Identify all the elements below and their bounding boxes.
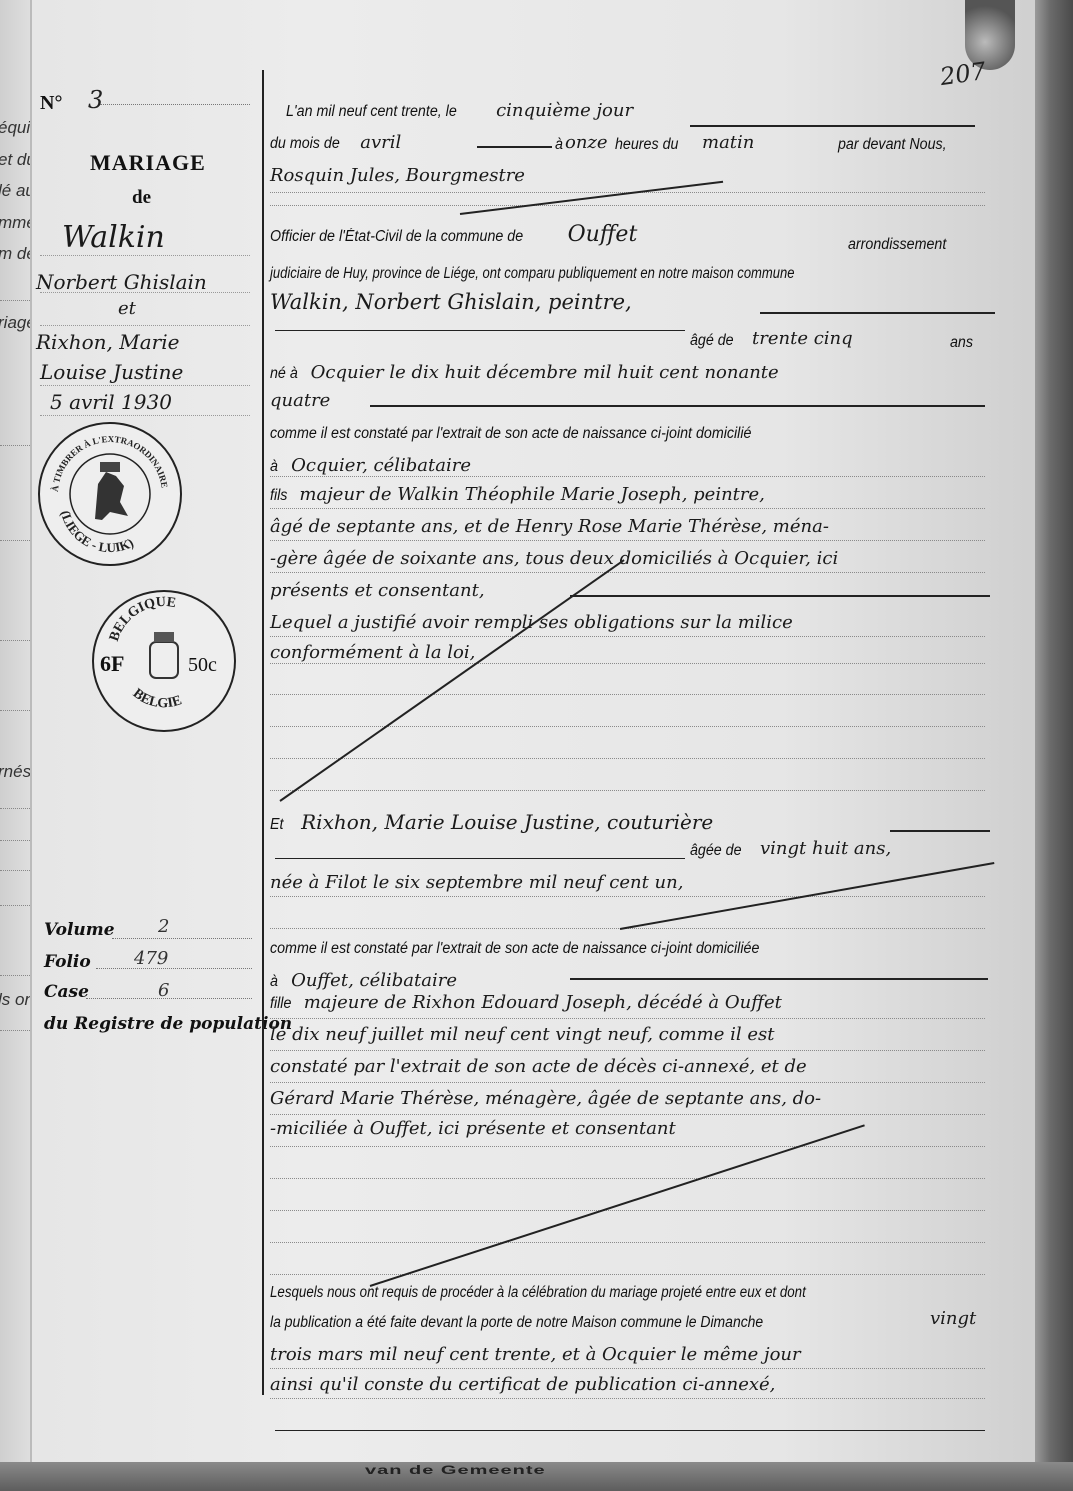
- printed-text: du mois de: [270, 135, 340, 153]
- margin-et: et: [118, 298, 136, 319]
- handwritten-text: quatre: [270, 390, 330, 411]
- handwritten-hour: onze: [565, 132, 608, 153]
- case-label: Case: [44, 982, 89, 1002]
- printed-text: âgée de: [690, 842, 742, 860]
- facing-page-fragment: riage.: [0, 313, 32, 333]
- register-footer-label: du Registre de population: [44, 1014, 292, 1034]
- folio-value: 479: [134, 948, 168, 969]
- handwritten-text: -miciliée à Ouffet, ici présente et cons…: [270, 1118, 676, 1139]
- margin-bride-name: Rixhon, Marie: [36, 330, 179, 354]
- printed-text: à: [270, 458, 278, 476]
- handwritten-domicile: Ouffet, célibataire: [291, 970, 457, 991]
- folio-label: Folio: [44, 952, 91, 972]
- handwritten-mother: Gérard Marie Thérèse, ménagère, âgée de …: [270, 1088, 821, 1109]
- mariage-de: de: [132, 187, 151, 209]
- tax-stamp: BELGIQUE BELGIE 6F 50c: [92, 590, 236, 732]
- svg-text:6F: 6F: [100, 651, 124, 676]
- handwritten-age: vingt huit ans,: [760, 838, 891, 859]
- margin-bride-given: Louise Justine: [40, 360, 183, 384]
- handwritten-text: -gère âgée de soixante ans, tous deux do…: [270, 548, 838, 569]
- margin-groom-surname: Walkin: [62, 220, 165, 255]
- margin-groom-given: Norbert Ghislain: [36, 270, 207, 294]
- handwritten-month: avril: [360, 132, 401, 153]
- handwritten-father: majeure de Rixhon Edouard Joseph, décédé…: [304, 992, 782, 1013]
- handwritten-day: cinquième jour: [496, 100, 633, 121]
- handwritten-text: vingt: [930, 1308, 976, 1329]
- svg-text:BELGIE: BELGIE: [130, 686, 184, 711]
- facing-page-fragment: équi.: [0, 118, 32, 138]
- printed-text: heures du: [615, 136, 678, 154]
- act-number-label: N°: [40, 92, 62, 115]
- handwritten-text: conformément à la loi,: [270, 642, 475, 663]
- handwritten-time: matin: [702, 132, 754, 153]
- handwritten-commune: Ouffet: [568, 222, 638, 247]
- printed-text: Et: [270, 816, 283, 834]
- facing-page-fragment: lé au: [0, 181, 32, 201]
- handwritten-domicile: Ocquier, célibataire: [291, 455, 471, 476]
- register-page: équi. et du lé au mme, m de riage. rnés:…: [0, 0, 1040, 1470]
- next-page-bleed-text: van de Gemeente: [365, 1464, 546, 1478]
- printed-text: né à: [270, 365, 298, 383]
- handwritten-bride: Rixhon, Marie Louise Justine, couturière: [301, 810, 713, 834]
- handwritten-text: le dix neuf juillet mil neuf cent vingt …: [270, 1024, 774, 1045]
- revenue-stamp: À TIMBRER À L'EXTRAORDINAIRE (LIEGE - LU…: [38, 422, 182, 566]
- handwritten-father: majeur de Walkin Théophile Marie Joseph,…: [299, 484, 764, 505]
- printed-text: judiciaire de Huy, province de Liége, on…: [270, 265, 794, 283]
- printed-text: comme il est constaté par l'extrait de s…: [270, 940, 759, 958]
- printed-text: par devant Nous,: [838, 136, 947, 154]
- handwritten-birthplace: née à Filot le six septembre mil neuf ce…: [270, 872, 683, 893]
- printed-text: à: [270, 973, 278, 991]
- handwritten-text: présents et consentant,: [270, 580, 485, 601]
- book-binding: [1035, 0, 1073, 1491]
- act-body: L'an mil neuf cent trente, le cinquième …: [270, 0, 990, 1470]
- printed-text: comme il est constaté par l'extrait de s…: [270, 425, 751, 443]
- svg-text:50c: 50c: [188, 654, 217, 676]
- printed-text: âgé de: [690, 332, 734, 350]
- handwritten-groom: Walkin, Norbert Ghislain, peintre,: [270, 290, 632, 314]
- volume-label: Volume: [44, 920, 115, 940]
- next-page-edge: van de Gemeente: [0, 1462, 1073, 1491]
- printed-text: Officier de l'État-Civil de la commune d…: [270, 228, 523, 246]
- handwritten-birthplace: Ocquier le dix huit décembre mil huit ce…: [311, 362, 779, 383]
- facing-page-edge: équi. et du lé au mme, m de riage. rnés:…: [0, 0, 32, 1470]
- printed-text: fille: [270, 995, 291, 1013]
- facing-page-fragment: rnés:: [0, 762, 32, 782]
- case-value: 6: [158, 980, 169, 1001]
- handwritten-text: constaté par l'extrait de son acte de dé…: [270, 1056, 807, 1077]
- act-number-value: 3: [88, 86, 103, 114]
- volume-value: 2: [158, 916, 169, 937]
- handwritten-publication: trois mars mil neuf cent trente, et à Oc…: [270, 1344, 801, 1365]
- column-divider: [262, 70, 264, 1395]
- facing-page-fragment: m de: [0, 244, 32, 264]
- facing-page-fragment: mme,: [0, 213, 32, 233]
- mariage-title: MARIAGE: [90, 150, 206, 176]
- printed-text: ans: [950, 334, 973, 352]
- handwritten-text: ainsi qu'il conste du certificat de publ…: [270, 1374, 775, 1395]
- printed-text: fils: [270, 487, 287, 505]
- printed-text: arrondissement: [848, 236, 946, 254]
- printed-text: la publication a été faite devant la por…: [270, 1314, 763, 1332]
- printed-text: à: [555, 136, 563, 154]
- handwritten-officer: Rosquin Jules, Bourgmestre: [270, 165, 525, 186]
- facing-page-fragment: et du: [0, 150, 32, 170]
- printed-text: Lesquels nous ont requis de procéder à l…: [270, 1284, 806, 1302]
- handwritten-age: trente cinq: [752, 328, 853, 349]
- margin-date: 5 avril 1930: [50, 390, 172, 414]
- printed-text: L'an mil neuf cent trente, le: [286, 103, 457, 121]
- facing-page-fragment: ls ont: [0, 990, 32, 1010]
- handwritten-mother: âgé de septante ans, et de Henry Rose Ma…: [270, 516, 829, 537]
